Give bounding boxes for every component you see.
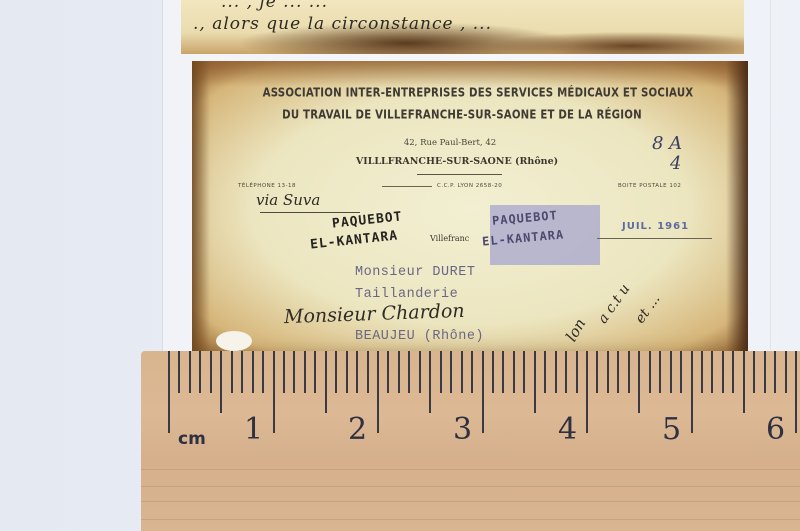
ruler-tick <box>753 351 755 393</box>
ruler-tick <box>220 351 222 413</box>
ruler-tick <box>429 351 431 413</box>
ruler-tick <box>335 351 337 393</box>
postal-account-label: C.C.P. LYON 2658-20 <box>437 183 502 189</box>
ruler-tick <box>502 351 504 393</box>
ruler-tick <box>691 351 693 433</box>
burn-edge <box>726 61 748 356</box>
ruler-tick <box>513 351 515 393</box>
ruler-number: 6 <box>766 415 785 445</box>
divider <box>417 174 502 175</box>
date-stamp: JUIL. 1961 <box>622 221 689 232</box>
telephone-label: TÉLÉPHONE 13-18 <box>238 183 296 189</box>
ruler-tick <box>178 351 180 393</box>
ruler-tick <box>262 351 264 393</box>
ruler-tick <box>440 351 442 393</box>
letterhead-line-1: ASSOCIATION INTER-ENTREPRISES DES SERVIC… <box>200 87 748 101</box>
ruler-tick <box>471 351 473 393</box>
ruler-tick <box>576 351 578 393</box>
ruler-tick <box>617 351 619 393</box>
ruler-tick <box>408 351 410 393</box>
divider <box>260 212 360 213</box>
ruler-tick <box>659 351 661 393</box>
burn-edge <box>192 61 210 356</box>
ruler-tick <box>670 351 672 393</box>
ruler-tick <box>785 351 787 393</box>
ruler-tick <box>565 351 567 393</box>
ruler-tick <box>283 351 285 393</box>
ruler-tick <box>711 351 713 393</box>
ruler-tick <box>701 351 703 393</box>
sheet-edge <box>770 0 771 350</box>
letterhead-city: VILLLFRANCHE-SUR-SAONE (Rhône) <box>337 156 577 167</box>
handwritten-recipient: Monsieur Chardon <box>284 300 465 328</box>
document-sticker: ASSOCIATION INTER-ENTREPRISES DES SERVIC… <box>192 61 748 356</box>
ruler-tick <box>638 351 640 413</box>
ruler-tick <box>189 351 191 393</box>
unit-label: cm <box>178 429 206 449</box>
ruler-tick <box>596 351 598 393</box>
handwritten-number: 4 <box>670 153 681 174</box>
ruler-tick <box>377 351 379 433</box>
ruler-tick <box>199 351 201 393</box>
ruler-tick <box>450 351 452 393</box>
ruler-number: 5 <box>662 415 681 445</box>
villefranche-fragment: Villefranc <box>430 234 469 243</box>
ruler-tick <box>241 351 243 393</box>
ruler-tick <box>649 351 651 393</box>
divider <box>382 186 432 187</box>
postal-box-label: BOITE POSTALE 102 <box>618 183 681 189</box>
wooden-ruler: cm 1 2 3 4 5 6 <box>141 351 800 531</box>
ruler-tick <box>680 351 682 393</box>
ruler-tick <box>398 351 400 393</box>
ruler-tick <box>555 351 557 393</box>
ruler-tick <box>419 351 421 393</box>
ruler-number: 1 <box>244 415 263 445</box>
ruler-tick <box>210 351 212 393</box>
ruler-tick <box>774 351 776 393</box>
ruler-tick <box>314 351 316 393</box>
ruler-tick <box>544 351 546 393</box>
paper-stain <box>216 331 252 351</box>
paquebot-stamp-line-2: EL-KANTARA <box>309 228 398 252</box>
ruler-tick <box>293 351 295 393</box>
letter-fragment-sticker: ... , je ... ... ., alors que la circons… <box>181 0 744 54</box>
handwritten-margin-2: a c.t u <box>595 281 633 326</box>
recipient-town: BEAUJEU (Rhône) <box>355 329 484 344</box>
ruler-tick <box>628 351 630 393</box>
handwriting-line-2: ., alors que la circonstance , ... <box>193 14 492 34</box>
ruler-tick <box>722 351 724 393</box>
divider <box>597 238 712 239</box>
ruler-tick <box>492 351 494 393</box>
ruler-tick <box>367 351 369 393</box>
ruler-tick <box>607 351 609 393</box>
ruler-tick <box>304 351 306 393</box>
handwritten-margin-3: et ... <box>632 291 663 326</box>
ruler-tick <box>461 351 463 393</box>
ruler-tick <box>795 351 797 433</box>
ruler-tick <box>325 351 327 413</box>
ruler-tick <box>252 351 254 393</box>
ruler-tick <box>346 351 348 393</box>
ruler-tick <box>231 351 233 393</box>
ruler-tick <box>586 351 588 433</box>
ruler-number: 2 <box>348 415 367 445</box>
ruler-number: 3 <box>453 415 472 445</box>
ruler-number: 4 <box>558 415 577 445</box>
handwritten-routing: via Suva <box>256 191 320 209</box>
ruler-tick <box>168 351 170 433</box>
ruler-tick <box>732 351 734 393</box>
letterhead-line-2: DU TRAVAIL DE VILLEFRANCHE-SUR-SAONE ET … <box>192 109 740 123</box>
handwritten-margin-1: lon <box>562 315 589 344</box>
ruler-tick <box>482 351 484 433</box>
ruler-tick <box>273 351 275 433</box>
letterhead-address: 42, Rue Paul-Bert, 42 <box>340 138 560 148</box>
handwriting-line-1: ... , je ... ... <box>221 0 328 12</box>
ruler-tick <box>764 351 766 393</box>
handwritten-code: 8 A <box>652 133 682 154</box>
recipient-name: Monsieur DURET <box>355 265 475 280</box>
ruler-tick <box>356 351 358 393</box>
ruler-tick <box>743 351 745 413</box>
burn-edge <box>192 61 748 87</box>
ruler-tick <box>387 351 389 393</box>
ruler-tick <box>534 351 536 413</box>
ruler-tick <box>523 351 525 393</box>
